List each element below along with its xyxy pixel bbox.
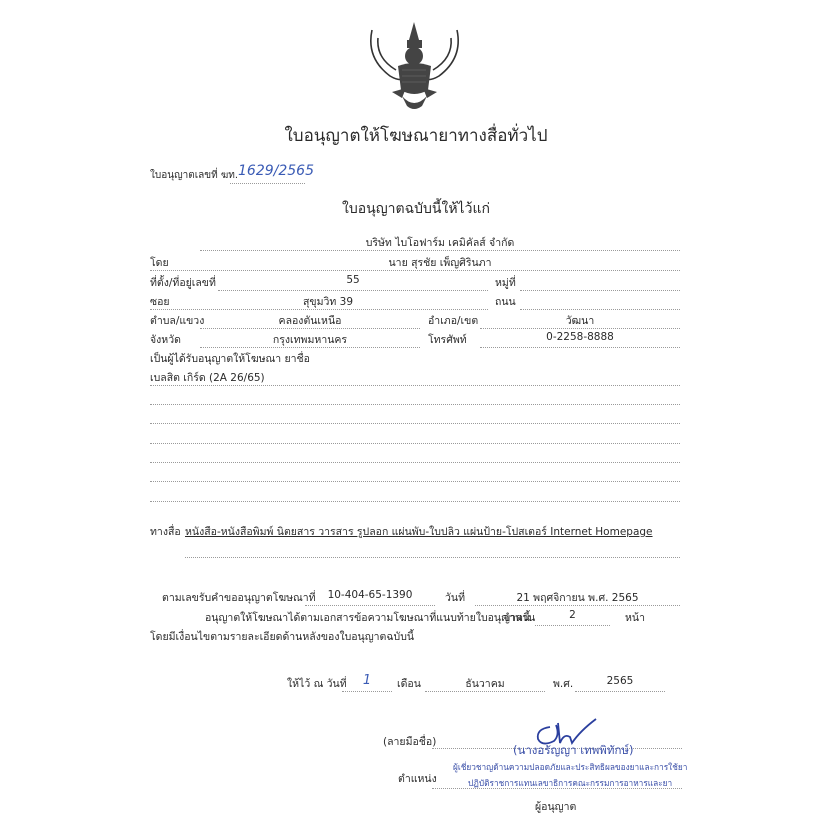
condition-text: โดยมีเงื่อนไขตามรายละเอียดด้านหลังของใบอ… — [150, 628, 414, 645]
by-value: นาย สุรชัย เพ็ญศิรินภา — [200, 254, 680, 271]
request-line — [305, 605, 435, 606]
signer-name: (นางอรัญญา เทพพิทักษ์) — [513, 742, 634, 760]
by-line — [150, 270, 680, 271]
district-line — [480, 328, 680, 329]
approval-count-line — [535, 625, 610, 626]
blank-line — [150, 423, 680, 424]
issued-month-label: เดือน — [397, 675, 421, 692]
blank-line — [150, 404, 680, 405]
request-value: 10-404-65-1390 — [305, 589, 435, 601]
signature-label: (ลายมือชื่อ) — [383, 733, 436, 750]
blank-line — [150, 443, 680, 444]
phone-line — [480, 347, 680, 348]
blank-line — [150, 481, 680, 482]
subdistrict-value: คลองตันเหนือ — [200, 312, 420, 329]
province-line — [200, 347, 420, 348]
approval-count: 2 — [535, 609, 610, 621]
district-label: อำเภอ/เขต — [428, 312, 478, 329]
request-label: ตามเลขรับคำขออนุญาตโฆษณาที่ — [162, 589, 316, 606]
issued-day: 1 — [342, 673, 392, 688]
soi-value: สุขุมวิท 39 — [218, 293, 513, 310]
media-label: ทางสื่อ — [150, 523, 181, 540]
document-title: ใบอนุญาตให้โฆษณายาทางสื่อทั่วไป — [0, 122, 832, 149]
issued-day-line — [342, 691, 392, 692]
province-value: กรุงเทพมหานคร — [200, 331, 420, 348]
drug-label: เป็นผู้ได้รับอนุญาตให้โฆษณา ยาชื่อ — [150, 350, 310, 367]
approval-unit: หน้า — [625, 609, 645, 626]
moo-line — [520, 290, 680, 291]
position-label: ตำแหน่ง — [398, 770, 437, 787]
license-no-line — [230, 183, 305, 184]
company-name: บริษัท ไบโอฟาร์ม เคมิคัลส์ จำกัด — [200, 234, 680, 251]
subtitle: ใบอนุญาตฉบับนี้ให้ไว้แก่ — [0, 198, 832, 220]
request-date-line — [475, 605, 680, 606]
approval-text: อนุญาตให้โฆษณาได้ตามเอกสารข้อความโฆษณาที… — [205, 609, 530, 626]
drug-line — [150, 385, 680, 386]
media-line-2 — [185, 557, 680, 558]
road-line — [520, 309, 680, 310]
position-line — [432, 788, 682, 789]
moo-label: หมู่ที่ — [495, 274, 516, 291]
request-date-label: วันที่ — [445, 589, 465, 606]
district-value: วัฒนา — [480, 312, 680, 329]
approval-count-label: จำนวน — [503, 609, 535, 626]
phone-label: โทรศัพท์ — [428, 331, 467, 348]
phone-value: 0-2258-8888 — [480, 331, 680, 343]
approver-role: ผู้อนุญาต — [535, 798, 576, 815]
blank-line — [150, 501, 680, 502]
subdistrict-label: ตำบล/แขวง — [150, 312, 204, 329]
house-no-label: ที่ตั้ง/ที่อยู่เลขที่ — [150, 274, 216, 291]
issued-year-label: พ.ศ. — [553, 675, 573, 692]
subdistrict-line — [200, 328, 420, 329]
media-value: หนังสือ-หนังสือพิมพ์ นิตยสาร วารสาร รูปล… — [185, 523, 653, 540]
drug-value: เบลสิต เกิร์ด (2A 26/65) — [150, 369, 265, 386]
issued-year: 2565 — [575, 675, 665, 687]
position-line-1: ผู้เชี่ยวชาญด้านความปลอดภัยและประสิทธิผล… — [453, 760, 687, 774]
house-no-line — [218, 290, 488, 291]
province-label: จังหวัด — [150, 331, 181, 348]
license-no-value: 1629/2565 — [238, 163, 314, 179]
garuda-emblem-icon — [362, 18, 467, 113]
issued-label: ให้ไว้ ณ วันที่ — [287, 675, 347, 692]
soi-label: ซอย — [150, 293, 170, 310]
license-no-label: ใบอนุญาตเลขที่ ฆท. — [150, 168, 238, 183]
blank-line — [150, 462, 680, 463]
issued-month: ธันวาคม — [425, 675, 545, 692]
soi-line — [150, 309, 488, 310]
issued-month-line — [425, 691, 545, 692]
road-label: ถนน — [495, 293, 516, 310]
house-no-value: 55 — [218, 274, 488, 286]
by-label: โดย — [150, 254, 169, 271]
company-line — [200, 250, 680, 251]
request-date-value: 21 พฤศจิกายน พ.ศ. 2565 — [475, 589, 680, 606]
issued-year-line — [575, 691, 665, 692]
